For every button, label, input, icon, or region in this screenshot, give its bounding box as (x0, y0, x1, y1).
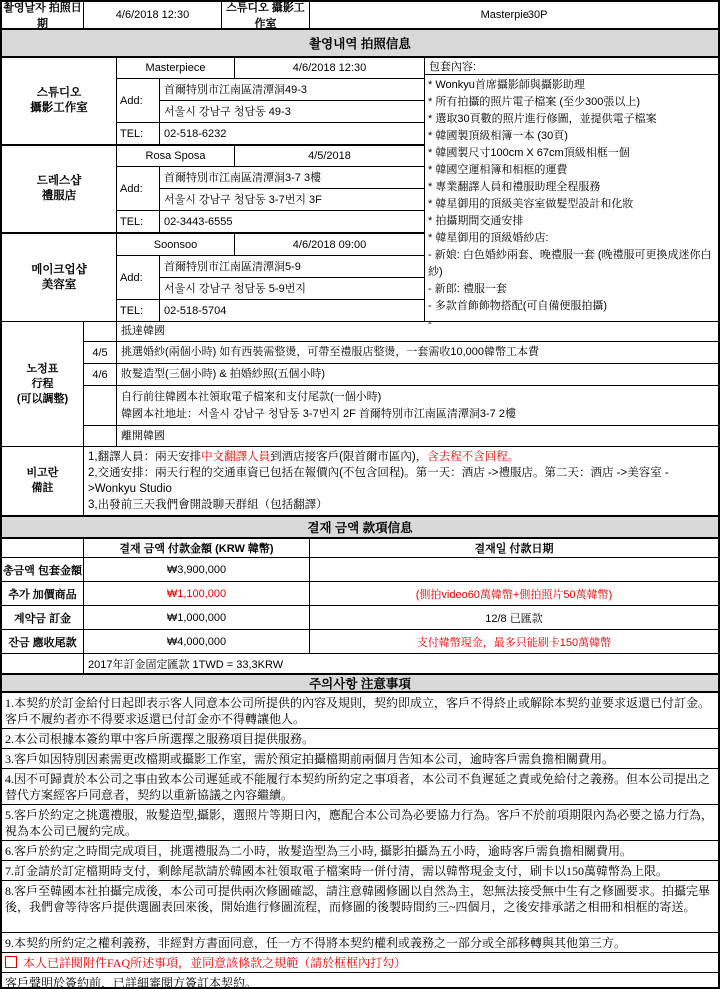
package-item: - 新郎: 禮服一套 (428, 281, 715, 298)
package-item: - 新娘: 白色婚紗兩套、晚禮服一套 (晚禮服可更換成迷你白紗) (428, 247, 715, 281)
package-item: * 韓星御用的頂級美容室做髮型設計和化妝 (428, 196, 715, 213)
remarks-line-2: 2,交通安排：兩天行程的交通車資已包括在報價內(不包含回程)。第一天：酒店 ->… (88, 465, 714, 497)
payment-row-label: 계약금 訂金 (2, 606, 84, 629)
itinerary-row-text: 離開韓國 (117, 426, 718, 446)
studio-name-row: Masterpiece 4/6/2018 12:30 (117, 58, 424, 79)
makeup-shop-name: Soonsoo (117, 234, 235, 255)
faq-checkbox[interactable] (5, 956, 17, 968)
payment-row-balance: 잔금 應收尾款 ₩4,000,000 支付韓幣現金，最多只能刷卡150萬韓幣 (2, 630, 718, 654)
payment-date: 12/8 已匯款 (310, 606, 718, 629)
itinerary-label-cn: 行程 (32, 377, 54, 392)
itinerary-row: 4/6 妝髮造型(三個小時) & 拍婚紗照(五個小時) (84, 364, 718, 386)
section-title-shoot-info: 촬영내역 拍照信息 (2, 30, 718, 58)
remarks-label-kr: 비고란 (27, 466, 59, 481)
itinerary-text-line: 抵達韓國 (121, 323, 718, 340)
itinerary-row-text: 挑選婚紗(兩個小時) 如有西裝需整燙，可帶至禮服店整燙，一套需收10,000韓幣… (117, 342, 718, 363)
terms-item: 9.本契約所約定之權利義務，非經對方書面同意，任一方不得將本契約權利或義務之一部… (2, 933, 718, 953)
dress-shop-date: 4/5/2018 (235, 146, 424, 166)
itinerary-rows: 抵達韓國 4/5 挑選婚紗(兩個小時) 如有西裝需整燙，可帶至禮服店整燙，一套需… (84, 322, 718, 446)
terms-item: 2.本公司根據本簽約單中客戶所選擇之服務項目提供服務。 (2, 729, 718, 749)
package-item: * 韓國製頂級相簿一本 (30頁) (428, 128, 715, 145)
makeup-shop-label-kr: 메이크업샵 (31, 263, 87, 278)
itinerary-text-line: 挑選婚紗(兩個小時) 如有西裝需整燙，可帶至禮服店整燙，一套需收10,000韓幣… (121, 344, 718, 361)
studio-datetime: 4/6/2018 12:30 (235, 58, 424, 78)
payment-date: 支付韓幣現金，最多只能刷卡150萬韓幣 (310, 630, 718, 653)
remarks-text: 到酒店接客戶(限首爾市區內)， (270, 451, 427, 463)
itinerary-row-date (84, 426, 117, 446)
studio-package-value: Masterpie30P (310, 2, 718, 28)
package-item: * 韓國空運相簿和相框的運費 (428, 162, 715, 179)
payment-row-addon: 추가 加價商品 ₩1,100,000 (側拍video60萬韓幣+側拍照片50萬… (2, 582, 718, 606)
studio-name-text: Masterpie (481, 9, 529, 21)
dress-shop-block-label: 드레스샵 禮服店 (2, 146, 117, 232)
remarks-label: 비고란 備註 (2, 447, 84, 515)
terms-item: 6.客戶於約定之時間完成項目，挑選禮服為二小時，妝髮造型為三小時, 攝影拍攝為五… (2, 841, 718, 861)
terms-section: 1.本契約於訂金給付日起即表示客人同意本公司所提供的內容及規則，契約即成立，客戶… (2, 693, 718, 989)
contract-document: 촬영날자 拍照日期 4/6/2018 12:30 스튜디오 攝影工作室 Mast… (0, 0, 720, 989)
dress-shop-address-cn: 首爾特別市江南區清潭洞3-7 3樓 (160, 167, 424, 189)
studio-block: 스튜디오 攝影工作室 Masterpiece 4/6/2018 12:30 Ad… (2, 58, 424, 146)
makeup-shop-name-row: Soonsoo 4/6/2018 09:00 (117, 234, 424, 256)
itinerary-row-date (84, 322, 117, 341)
dress-shop-address-rows: Add: 首爾特別市江南區清潭洞3-7 3樓 서울시 강남구 청담동 3-7번지… (117, 167, 424, 211)
itinerary-text-line: 自行前往韓國本社領取電子檔案和支付尾款(一個小時) (121, 389, 718, 406)
itinerary-text-line: 離開韓國 (121, 428, 718, 445)
payment-row-total: 총금액 包套金額 ₩3,900,000 (2, 558, 718, 582)
makeup-shop-block: 메이크업샵 美容室 Soonsoo 4/6/2018 09:00 Add: 首爾… (2, 234, 424, 322)
package-item: * 所有拍攝的照片電子檔案 (至少300張以上) (428, 94, 715, 111)
payment-header-spacer (2, 539, 84, 557)
makeup-shop-tel-value: 02-518-5704 (160, 300, 424, 322)
itinerary-row-text: 妝髮造型(三個小時) & 拍婚紗照(五個小時) (117, 364, 718, 385)
package-item: * Wonkyu首席攝影師與攝影助理 (428, 77, 715, 94)
makeup-shop-address-kr: 서울시 강남구 청담동 5-9번지 (160, 278, 424, 299)
terms-item: 8.客戶至韓國本社拍攝完成後，本公司可提供兩次修圖確認，請注意韓國修圖以自然為主… (2, 881, 718, 933)
payment-footer-row: 2017年訂金固定匯款 1TWD = 33,3KRW (2, 654, 718, 673)
studio-address-rows: Add: 首爾特別市江南區清潭洞49-3 서울시 강남구 청담동 49-3 (117, 79, 424, 123)
itinerary-text-line: 妝髮造型(三個小時) & 拍婚紗照(五個小時) (121, 366, 718, 383)
itinerary-row: 抵達韓國 (84, 322, 718, 342)
payment-row-deposit: 계약금 訂金 ₩1,000,000 12/8 已匯款 (2, 606, 718, 630)
shoot-date-value: 4/6/2018 12:30 (84, 2, 222, 28)
makeup-shop-address-rows: Add: 首爾特別市江南區清潭洞5-9 서울시 강남구 청담동 5-9번지 (117, 256, 424, 300)
studio-block-label: 스튜디오 攝影工作室 (2, 58, 117, 144)
itinerary-section: 노정표 行程 (可以調整) 抵達韓國 4/5 挑選婚紗(兩個小時) 如有西裝需整… (2, 322, 718, 447)
section-title-terms: 주의사항 注意事項 (2, 673, 718, 693)
studio-add-label: Add: (117, 79, 160, 122)
customer-declaration: 客戶聲明於簽約前，已詳細審閱方簽訂本契約。 (2, 973, 718, 989)
itinerary-label-note: (可以調整) (17, 392, 68, 407)
remarks-line-1: 1,翻譯人員：兩天安排中文翻譯人員到酒店接客戶(限首爾市區內)，含去程不含回程。 (88, 449, 714, 465)
studio-label-cn: 攝影工作室 (30, 101, 88, 116)
package-count-text: 30P (528, 9, 548, 21)
studio-address-col: 首爾特別市江南區清潭洞49-3 서울시 강남구 청담동 49-3 (160, 79, 424, 122)
shops-column: 스튜디오 攝影工作室 Masterpiece 4/6/2018 12:30 Ad… (2, 58, 425, 321)
terms-item: 1.本契約於訂金給付日起即表示客人同意本公司所提供的內容及規則，契約即成立，客戶… (2, 693, 718, 729)
dress-shop-name-row: Rosa Sposa 4/5/2018 (117, 146, 424, 167)
payment-footer-spacer (2, 654, 84, 673)
dress-shop-block-body: Rosa Sposa 4/5/2018 Add: 首爾特別市江南區清潭洞3-7 … (117, 146, 424, 232)
payment-row-label: 추가 加價商品 (2, 582, 84, 605)
remarks-text-red: 中文翻譯人員 (201, 451, 270, 463)
payment-row-label: 총금액 包套金額 (2, 558, 84, 581)
itinerary-text-line: 韓國本社地址：서울시 강남구 청담동 3-7번지 2F 首爾特別市江南區清潭洞3… (121, 406, 718, 423)
studio-address-kr: 서울시 강남구 청담동 49-3 (160, 101, 424, 122)
studio-tel-row: TEL: 02-518-6232 (117, 123, 424, 144)
makeup-shop-tel-label: TEL: (117, 300, 160, 322)
dress-shop-address-col: 首爾特別市江南區清潭洞3-7 3樓 서울시 강남구 청담동 3-7번지 3F (160, 167, 424, 210)
makeup-shop-tel-row: TEL: 02-518-5704 (117, 300, 424, 322)
makeup-shop-address-col: 首爾特別市江南區清潭洞5-9 서울시 강남구 청담동 5-9번지 (160, 256, 424, 299)
shoot-date-label: 촬영날자 拍照日期 (2, 2, 84, 28)
dress-shop-label-kr: 드레스샵 (37, 174, 81, 189)
makeup-shop-add-label: Add: (117, 256, 160, 299)
makeup-shop-address-cn: 首爾特別市江南區清潭洞5-9 (160, 256, 424, 278)
dress-shop-block: 드레스샵 禮服店 Rosa Sposa 4/5/2018 Add: 首爾特別市江… (2, 146, 424, 234)
makeup-shop-block-label: 메이크업샵 美容室 (2, 234, 117, 322)
payment-amount-header: 결재 금액 付款金額 (KRW 韓幣) (84, 539, 310, 557)
payment-header-row: 결재 금액 付款金額 (KRW 韓幣) 결재일 付款日期 (2, 539, 718, 558)
faq-agreement-text: 本人已詳閱附件FAQ所述事項，並同意該條款之規範（請於框框內打勾） (23, 956, 406, 970)
makeup-shop-block-body: Soonsoo 4/6/2018 09:00 Add: 首爾特別市江南區清潭洞5… (117, 234, 424, 322)
studio-label: 스튜디오 攝影工作室 (222, 2, 310, 28)
package-item: * 拍攝期間交通安排 (428, 213, 715, 230)
package-item: * 韓星御用的頂級婚紗店: (428, 230, 715, 247)
makeup-shop-datetime: 4/6/2018 09:00 (235, 234, 424, 255)
payment-table: 결재 금액 付款金額 (KRW 韓幣) 결재일 付款日期 총금액 包套金額 ₩3… (2, 539, 718, 673)
dress-shop-add-label: Add: (117, 167, 160, 210)
package-item: - 多款首飾飾物搭配(可自備便服拍攝) (428, 298, 715, 315)
itinerary-row-date (84, 386, 117, 425)
package-column: 包套內容: * Wonkyu首席攝影師與攝影助理 * 所有拍攝的照片電子檔案 (… (425, 58, 718, 321)
terms-item: 5.客戶於約定之挑選禮服，妝髮造型,攝影，選照片等期日內，應配合本公司為必要協力… (2, 805, 718, 841)
payment-date-header: 결재일 付款日期 (310, 539, 718, 557)
dress-shop-tel-value: 02-3443-6555 (160, 211, 424, 232)
package-item: * 專業翻譯人員和禮服助理全程服務 (428, 179, 715, 196)
remarks-label-cn: 備註 (32, 481, 54, 496)
dress-shop-tel-row: TEL: 02-3443-6555 (117, 211, 424, 232)
itinerary-row: 離開韓國 (84, 426, 718, 446)
itinerary-row-date: 4/5 (84, 342, 117, 363)
remarks-text: 1,翻譯人員：兩天安排 (88, 451, 201, 463)
payment-amount: ₩4,000,000 (84, 630, 310, 653)
payment-row-label: 잔금 應收尾款 (2, 630, 84, 653)
top-header-row: 촬영날자 拍照日期 4/6/2018 12:30 스튜디오 攝影工作室 Mast… (2, 2, 718, 30)
dress-shop-tel-label: TEL: (117, 211, 160, 232)
section-title-payment-info: 결재 금액 款項信息 (2, 515, 718, 539)
remarks-body: 1,翻譯人員：兩天安排中文翻譯人員到酒店接客戶(限首爾市區內)，含去程不含回程。… (84, 447, 718, 515)
itinerary-row: 4/5 挑選婚紗(兩個小時) 如有西裝需整燙，可帶至禮服店整燙，一套需收10,0… (84, 342, 718, 364)
shoot-info-section: 스튜디오 攝影工作室 Masterpiece 4/6/2018 12:30 Ad… (2, 58, 718, 322)
package-list: * Wonkyu首席攝影師與攝影助理 * 所有拍攝的照片電子檔案 (至少300張… (425, 75, 718, 334)
dress-shop-address-kr: 서울시 강남구 청담동 3-7번지 3F (160, 189, 424, 210)
remarks-line-3: 3,出發前三天我們會開設聊天群組（包括翻譯） (88, 497, 714, 513)
package-item: * 韓國製尺寸100cm X 67cm頂級相框一個 (428, 145, 715, 162)
itinerary-label-kr: 노정표 (27, 362, 59, 377)
terms-item: 7.訂金請於訂定檔期時支付，剩餘尾款請於韓國本社領取電子檔案時一併付清，需以韓幣… (2, 861, 718, 881)
itinerary-row-date: 4/6 (84, 364, 117, 385)
terms-item: 4.因不可歸責於本公司之事由致本公司遲延或不能履行本契約所約定之事項者，本公司不… (2, 769, 718, 805)
payment-date: (側拍video60萬韓幣+側拍照片50萬韓幣) (310, 582, 718, 605)
payment-amount: ₩1,000,000 (84, 606, 310, 629)
remarks-section: 비고란 備註 1,翻譯人員：兩天安排中文翻譯人員到酒店接客戶(限首爾市區內)，含… (2, 447, 718, 515)
package-item: * 選取30頁數的照片進行修圖，並提供電子檔案 (428, 111, 715, 128)
studio-tel-label: TEL: (117, 123, 160, 144)
studio-name: Masterpiece (117, 58, 235, 78)
studio-tel-value: 02-518-6232 (160, 123, 424, 144)
payment-amount: ₩3,900,000 (84, 558, 310, 581)
studio-block-body: Masterpiece 4/6/2018 12:30 Add: 首爾特別市江南區… (117, 58, 424, 144)
itinerary-row-text: 自行前往韓國本社領取電子檔案和支付尾款(一個小時) 韓國本社地址：서울시 강남구… (117, 386, 718, 425)
makeup-shop-label-cn: 美容室 (42, 278, 77, 293)
faq-agreement-row: 本人已詳閱附件FAQ所述事項，並同意該條款之規範（請於框框內打勾） (2, 953, 718, 973)
studio-address-cn: 首爾特別市江南區清潭洞49-3 (160, 79, 424, 101)
payment-amount: ₩1,100,000 (84, 582, 310, 605)
studio-label-kr: 스튜디오 (37, 86, 81, 101)
dress-shop-name: Rosa Sposa (117, 146, 235, 166)
itinerary-row: 自行前往韓國本社領取電子檔案和支付尾款(一個小時) 韓國本社地址：서울시 강남구… (84, 386, 718, 426)
payment-date (310, 558, 718, 581)
exchange-rate-note: 2017年訂金固定匯款 1TWD = 33,3KRW (84, 654, 718, 673)
itinerary-row-text: 抵達韓國 (117, 322, 718, 341)
package-title: 包套內容: (425, 58, 718, 75)
terms-item: 3.客戶如因特別因素需更改檔期或攝影工作室，需於預定拍攝檔期前兩個月告知本公司，… (2, 749, 718, 769)
remarks-text-red: 含去程不含回程。 (427, 451, 519, 463)
dress-shop-label-cn: 禮服店 (42, 189, 77, 204)
itinerary-label: 노정표 行程 (可以調整) (2, 322, 84, 446)
